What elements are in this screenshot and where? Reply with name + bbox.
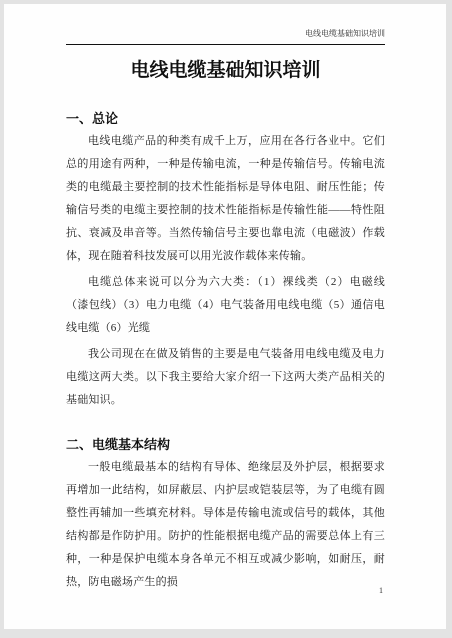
paragraph: 我公司现在在做及销售的主要是电气装备用电线电缆及电力电缆这两大类。以下我主要给大… [66, 343, 385, 412]
section-heading-overview: 一、总论 [66, 111, 385, 127]
document-page: 电线电缆基础知识培训 电线电缆基础知识培训 一、总论 电线电缆产品的种类有成千上… [4, 4, 446, 629]
paragraph: 电缆总体来说可以分为六大类：（1）裸线类（2）电磁线（漆包线）（3）电力电缆（4… [66, 271, 385, 340]
page-header: 电线电缆基础知识培训 [66, 29, 385, 45]
page-number: 1 [379, 586, 383, 596]
document-title: 电线电缆基础知识培训 [66, 58, 385, 84]
paragraph: 一般电缆最基本的结构有导体、绝缘层及外护层，根据要求再增加一此结构，如屏蔽层、内… [66, 456, 385, 594]
paragraph: 电线电缆产品的种类有成千上万，应用在各行各业中。它们总的用途有两种，一种是传输电… [66, 130, 385, 268]
document-canvas: { "header": { "text": "电线电缆基础知识培训" }, "t… [0, 0, 452, 638]
section-heading-basic-structure: 二、电缆基本结构 [66, 437, 385, 453]
running-header-text: 电线电缆基础知识培训 [305, 29, 385, 38]
